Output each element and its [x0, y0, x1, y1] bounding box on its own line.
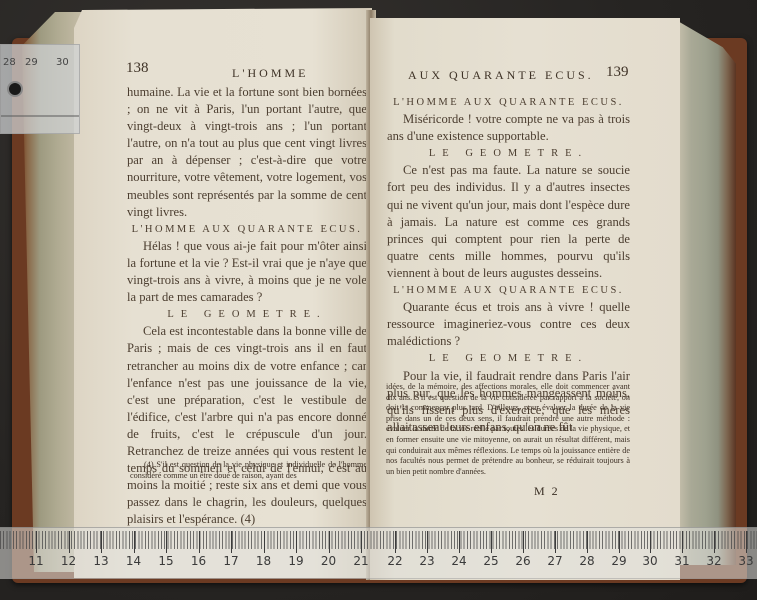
ruler-label: 12	[61, 554, 76, 568]
right-page: AUX QUARANTE ECUS. 139 L'HOMME AUX QUARA…	[370, 18, 680, 580]
page-number-right: 139	[606, 64, 629, 81]
running-head-left: L'HOMME	[232, 66, 309, 81]
speaker-heading: L'HOMME AUX QUARANTE ECUS.	[127, 221, 367, 238]
ruler-label: 11	[28, 554, 43, 568]
major-tick	[199, 531, 200, 553]
major-tick	[101, 531, 102, 553]
ruler-edge	[1, 115, 79, 117]
major-tick	[264, 531, 265, 553]
ruler-label: 30	[642, 554, 657, 568]
major-tick	[682, 531, 683, 553]
major-tick	[231, 531, 232, 553]
ruler-label: 22	[387, 554, 402, 568]
ruler-label: 31	[674, 554, 689, 568]
ruler-ticks	[0, 531, 757, 549]
major-tick	[36, 531, 37, 553]
right-page-edges	[676, 20, 736, 565]
paragraph: Ce n'est pas ma faute. La nature se souc…	[387, 162, 630, 282]
speaker-heading: L'HOMME AUX QUARANTE ECUS.	[387, 282, 630, 299]
paragraph: Miséricorde ! votre compte ne va pas à t…	[387, 111, 630, 145]
ruler-label: 28	[579, 554, 594, 568]
ruler-label: 25	[483, 554, 498, 568]
ruler-label: 32	[706, 554, 721, 568]
ruler-label: 29	[611, 554, 626, 568]
major-tick	[361, 531, 362, 553]
ruler-label: 30	[56, 57, 69, 68]
major-tick	[746, 531, 747, 553]
left-page: 138 L'HOMME humaine. La vie et la fortun…	[74, 8, 372, 578]
footnote-right: idées, de la mémoire, des affections mor…	[386, 382, 630, 477]
ruler-label: 21	[353, 554, 368, 568]
ruler-label: 29	[25, 57, 38, 68]
paragraph: Hélas ! que vous ai-je fait pour m'ôter …	[127, 238, 367, 306]
ruler-label: 18	[256, 554, 271, 568]
measuring-ruler: 11 12 13 14 15 16 17 18 19 20 21 22 23 2…	[0, 527, 757, 579]
major-tick	[714, 531, 715, 553]
ruler-fragment-top-left: 28 29 30	[0, 44, 80, 134]
major-tick	[69, 531, 70, 553]
ruler-label: 26	[515, 554, 530, 568]
ruler-label: 20	[321, 554, 336, 568]
paragraph: humaine. La vie et la fortune sont bien …	[127, 84, 367, 221]
ruler-label: 27	[547, 554, 562, 568]
speaker-heading: LE GEOMETRE.	[387, 350, 630, 367]
running-head-right: AUX QUARANTE ECUS.	[408, 68, 594, 83]
ruler-label: 23	[419, 554, 434, 568]
major-tick	[555, 531, 556, 553]
major-tick	[427, 531, 428, 553]
major-tick	[523, 531, 524, 553]
major-tick	[166, 531, 167, 553]
speaker-heading: L'HOMME AUX QUARANTE ECUS.	[387, 94, 630, 111]
speaker-heading: LE GEOMETRE.	[127, 306, 367, 323]
major-tick	[329, 531, 330, 553]
ruler-label: 13	[93, 554, 108, 568]
speaker-heading: LE GEOMETRE.	[387, 145, 630, 162]
ruler-label: 24	[451, 554, 466, 568]
major-tick	[296, 531, 297, 553]
major-tick	[587, 531, 588, 553]
major-tick	[650, 531, 651, 553]
ruler-label: 19	[288, 554, 303, 568]
major-tick	[459, 531, 460, 553]
ruler-label: 17	[223, 554, 238, 568]
page-number-left: 138	[126, 60, 149, 77]
major-tick	[395, 531, 396, 553]
paragraph: Quarante écus et trois ans à vivre ! que…	[387, 299, 630, 350]
ruler-label: 33	[738, 554, 753, 568]
footnote-left: (4) S'il est question de la vie physique…	[130, 460, 367, 481]
ruler-hole-icon	[7, 81, 23, 97]
ruler-label: 16	[191, 554, 206, 568]
signature-mark: M 2	[534, 484, 560, 499]
major-tick	[619, 531, 620, 553]
ruler-label: 14	[126, 554, 141, 568]
major-tick	[491, 531, 492, 553]
ruler-label: 28	[3, 57, 16, 68]
major-tick	[134, 531, 135, 553]
paragraph: Cela est incontestable dans la bonne vil…	[127, 323, 367, 528]
ruler-label: 15	[158, 554, 173, 568]
